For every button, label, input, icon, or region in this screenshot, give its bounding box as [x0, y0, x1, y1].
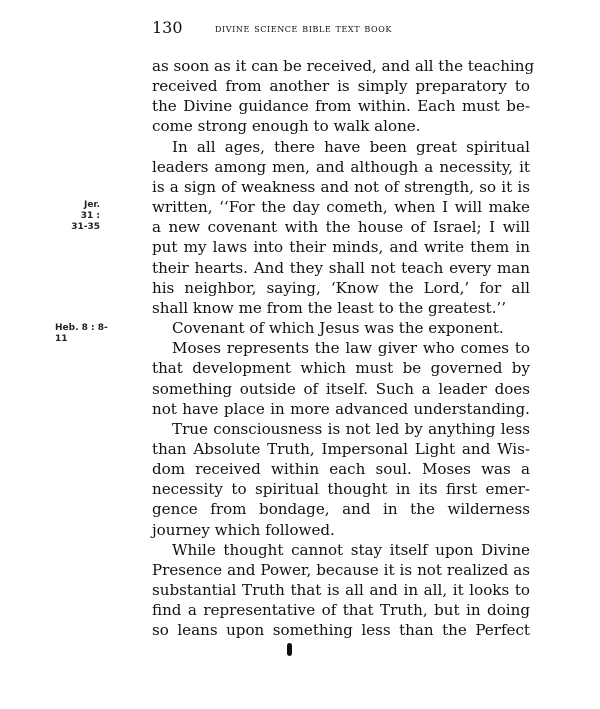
text-line: a new covenant with the house of Israel;…	[152, 217, 530, 237]
text-line: In all ages, there have been great spiri…	[152, 137, 530, 157]
paragraph: In all ages, there have been great spiri…	[152, 137, 530, 318]
running-title: DIVINE SCIENCE BIBLE TEXT BOOK	[215, 21, 392, 35]
text-line: find a representative of that Truth, but…	[152, 600, 530, 620]
body-text: as soon as it can be received, and all t…	[152, 56, 530, 641]
ink-blot-mark	[287, 643, 292, 656]
text-line: While thought cannot stay itself upon Di…	[152, 540, 530, 560]
text-line: substantial Truth that is all and in all…	[152, 580, 530, 600]
page-number: 130	[152, 18, 183, 37]
page-header: 130 DIVINE SCIENCE BIBLE TEXT BOOK	[152, 18, 532, 38]
text-line: not have place in more advanced understa…	[152, 399, 530, 419]
text-line: journey which followed.	[152, 520, 530, 540]
margin-note-hebrews: Heb. 8 : 8-11	[55, 323, 115, 345]
paragraph: Covenant of which Jesus was the exponent…	[152, 318, 530, 338]
text-line: Presence and Power, because it is not re…	[152, 560, 530, 580]
text-line: received from another is simply preparat…	[152, 76, 530, 96]
text-line: as soon as it can be received, and all t…	[152, 56, 530, 76]
margin-note-jeremiah: Jer. 31 : 31-35	[70, 200, 100, 233]
text-line: shall know me from the least to the grea…	[152, 298, 530, 318]
margin-note-line: 31-35	[70, 222, 100, 233]
text-line: necessity to spiritual thought in its fi…	[152, 479, 530, 499]
paragraph: Moses represents the law giver who comes…	[152, 338, 530, 419]
text-line: gence from bondage, and in the wildernes…	[152, 499, 530, 519]
margin-note-line: Jer. 31 :	[70, 200, 100, 222]
paragraph: True consciousness is not led by anythin…	[152, 419, 530, 540]
text-line: that development which must be governed …	[152, 358, 530, 378]
text-line: than Absolute Truth, Impersonal Light an…	[152, 439, 530, 459]
margin-note-line: Heb. 8 : 8-11	[55, 323, 115, 345]
text-line: put my laws into their minds, and write …	[152, 237, 530, 257]
text-line: their hearts. And they shall not teach e…	[152, 258, 530, 278]
text-line: written, ‘‘For the day cometh, when I wi…	[152, 197, 530, 217]
text-line: the Divine guidance from within. Each mu…	[152, 96, 530, 116]
text-line: leaders among men, and although a necess…	[152, 157, 530, 177]
text-line: Covenant of which Jesus was the exponent…	[152, 318, 530, 338]
paragraph: as soon as it can be received, and all t…	[152, 56, 530, 137]
text-line: Moses represents the law giver who comes…	[152, 338, 530, 358]
text-line: something outside of itself. Such a lead…	[152, 379, 530, 399]
text-line: is a sign of weakness and not of strengt…	[152, 177, 530, 197]
paragraph: While thought cannot stay itself upon Di…	[152, 540, 530, 641]
text-line: dom received within each soul. Moses was…	[152, 459, 530, 479]
text-line: so leans upon something less than the Pe…	[152, 620, 530, 640]
text-line: come strong enough to walk alone.	[152, 116, 530, 136]
text-line: True consciousness is not led by anythin…	[152, 419, 530, 439]
text-line: his neighbor, saying, ‘Know the Lord,’ f…	[152, 278, 530, 298]
